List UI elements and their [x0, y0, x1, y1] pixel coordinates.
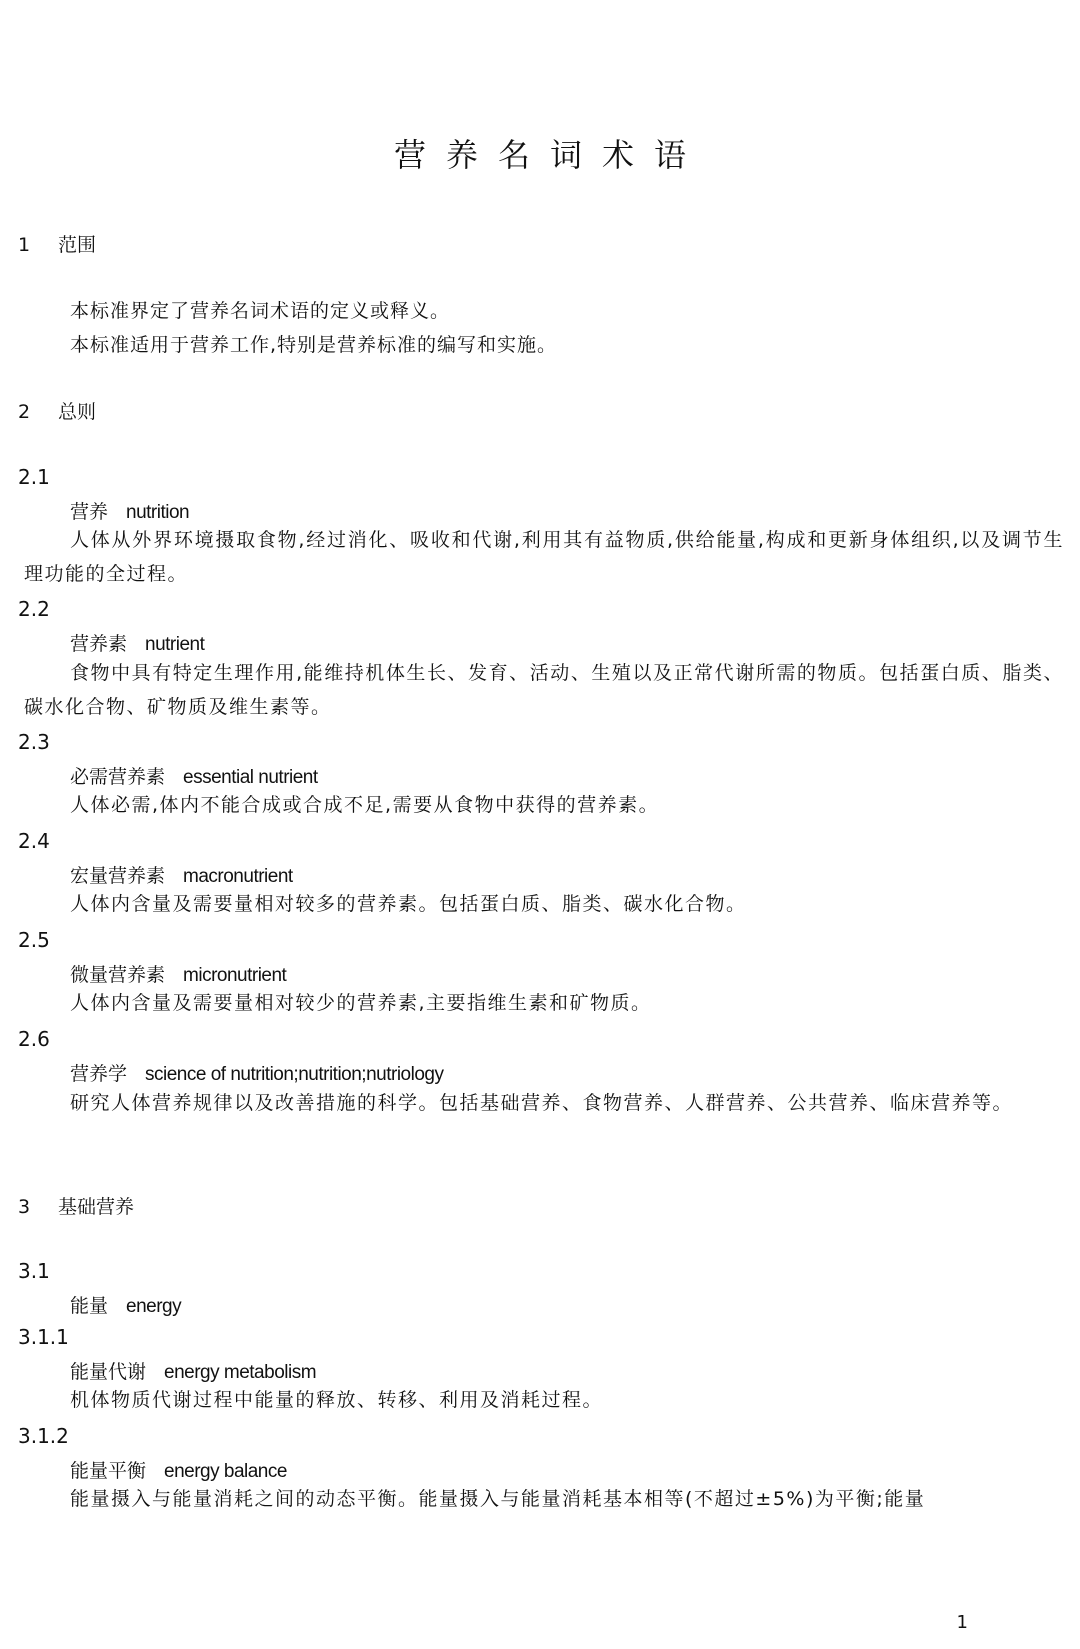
scope-paragraph-1: 本标准界定了营养名词术语的定义或释义。: [70, 296, 450, 323]
section-number: 1: [18, 234, 58, 256]
term-en: energy: [126, 1296, 181, 1317]
page-number: 1: [957, 1612, 968, 1633]
term-number: 2.5: [18, 928, 50, 952]
term-zh: 营养学: [70, 1063, 127, 1085]
section-heading-1: 1范围: [18, 230, 96, 257]
term-en: micronutrient: [183, 965, 286, 986]
term-en: energy balance: [164, 1461, 287, 1482]
term-en: science of nutrition;nutrition;nutriolog…: [145, 1064, 443, 1085]
term-zh: 宏量营养素: [70, 865, 165, 887]
term-definition: 食物中具有特定生理作用,能维持机体生长、发育、活动、生殖以及正常代谢所需的物质。…: [24, 656, 1064, 724]
term-definition: 人体从外界环境摄取食物,经过消化、吸收和代谢,利用其有益物质,供给能量,构成和更…: [24, 523, 1064, 591]
term-definition: 能量摄入与能量消耗之间的动态平衡。能量摄入与能量消耗基本相等(不超过±5%)为平…: [24, 1482, 1064, 1516]
scope-paragraph-2: 本标准适用于营养工作,特别是营养标准的编写和实施。: [70, 330, 557, 357]
term-definition: 人体必需,体内不能合成或合成不足,需要从食物中获得的营养素。: [24, 788, 1064, 822]
page-title: 营养名词术语: [0, 130, 1080, 176]
term-zh: 微量营养素: [70, 964, 165, 986]
term-zh: 能量: [70, 1295, 108, 1317]
term-number: 2.1: [18, 465, 50, 489]
section-number: 3: [18, 1196, 58, 1218]
term-heading: 宏量营养素macronutrient: [70, 861, 293, 888]
term-number: 2.2: [18, 597, 50, 621]
document-page: 营养名词术语 1范围 本标准界定了营养名词术语的定义或释义。 本标准适用于营养工…: [0, 0, 1080, 1649]
term-en: energy metabolism: [164, 1362, 316, 1383]
term-heading: 营养nutrition: [70, 497, 189, 524]
term-heading: 营养素nutrient: [70, 629, 204, 656]
term-zh: 能量代谢: [70, 1361, 146, 1383]
term-zh: 营养: [70, 501, 108, 523]
term-heading: 营养学science of nutrition;nutrition;nutrio…: [70, 1059, 443, 1086]
term-number: 2.3: [18, 730, 50, 754]
term-zh: 必需营养素: [70, 766, 165, 788]
term-heading: 能量energy: [70, 1291, 181, 1318]
term-heading: 能量平衡energy balance: [70, 1456, 287, 1483]
term-number: 3.1.2: [18, 1424, 69, 1448]
term-definition: 人体内含量及需要量相对较多的营养素。包括蛋白质、脂类、碳水化合物。: [24, 887, 1064, 921]
section-heading-2: 2总则: [18, 397, 96, 424]
section-title: 基础营养: [58, 1196, 134, 1218]
term-heading: 必需营养素essential nutrient: [70, 762, 318, 789]
term-en: nutrient: [145, 634, 204, 655]
term-number: 2.4: [18, 829, 50, 853]
term-number: 3.1.1: [18, 1325, 69, 1349]
term-number: 2.6: [18, 1027, 50, 1051]
term-number: 3.1: [18, 1259, 50, 1283]
term-heading: 能量代谢energy metabolism: [70, 1357, 316, 1384]
term-heading: 微量营养素micronutrient: [70, 960, 286, 987]
section-title: 范围: [58, 234, 96, 256]
term-definition: 机体物质代谢过程中能量的释放、转移、利用及消耗过程。: [24, 1383, 1064, 1417]
term-zh: 能量平衡: [70, 1460, 146, 1482]
term-en: essential nutrient: [183, 767, 318, 788]
term-en: macronutrient: [183, 866, 293, 887]
section-number: 2: [18, 401, 58, 423]
term-en: nutrition: [126, 502, 189, 523]
term-definition: 研究人体营养规律以及改善措施的科学。包括基础营养、食物营养、人群营养、公共营养、…: [24, 1086, 1064, 1120]
section-heading-3: 3基础营养: [18, 1192, 134, 1219]
term-zh: 营养素: [70, 633, 127, 655]
section-title: 总则: [58, 401, 96, 423]
term-definition: 人体内含量及需要量相对较少的营养素,主要指维生素和矿物质。: [24, 986, 1064, 1020]
